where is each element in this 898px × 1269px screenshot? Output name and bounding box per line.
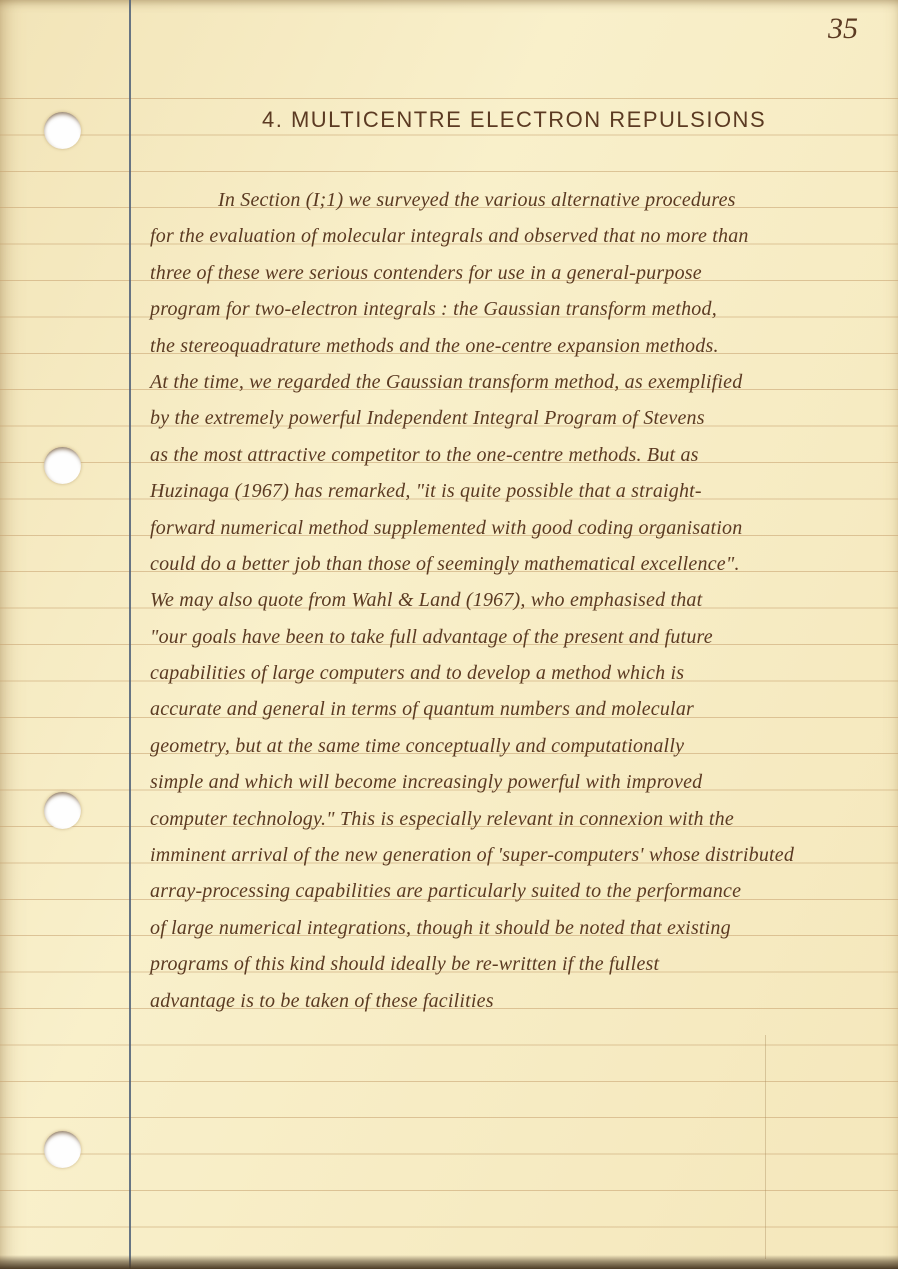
manuscript-line: for the evaluation of molecular integral…: [150, 218, 894, 254]
manuscript-line: simple and which will become increasingl…: [150, 764, 894, 800]
manuscript-line: Huzinaga (1967) has remarked, "it is qui…: [150, 473, 894, 509]
manuscript-line: could do a better job than those of seem…: [150, 546, 894, 582]
scan-edge-bottom: [0, 1255, 898, 1269]
manuscript-line: accurate and general in terms of quantum…: [150, 691, 894, 727]
manuscript-line: "our goals have been to take full advant…: [150, 619, 894, 655]
manuscript-line: three of these were serious contenders f…: [150, 255, 894, 291]
punch-hole: [44, 792, 81, 829]
manuscript-line: the stereoquadrature methods and the one…: [150, 328, 894, 364]
manuscript-line: advantage is to be taken of these facili…: [150, 983, 894, 1019]
manuscript-line: forward numerical method supplemented wi…: [150, 510, 894, 546]
manuscript-line: array-processing capabilities are partic…: [150, 873, 894, 909]
section-title: 4. MULTICENTRE ELECTRON REPULSIONS: [262, 107, 766, 133]
margin-line: [129, 0, 131, 1269]
punch-hole: [44, 112, 81, 149]
manuscript-line: We may also quote from Wahl & Land (1967…: [150, 582, 894, 618]
punch-hole: [44, 1131, 81, 1168]
manuscript-line: programs of this kind should ideally be …: [150, 946, 894, 982]
manuscript-line: In Section (I;1) we surveyed the various…: [150, 182, 894, 218]
manuscript-line: as the most attractive competitor to the…: [150, 437, 894, 473]
paper-crease: [765, 1035, 766, 1259]
manuscript-line: capabilities of large computers and to d…: [150, 655, 894, 691]
page-number: 35: [828, 12, 858, 46]
manuscript-line: At the time, we regarded the Gaussian tr…: [150, 364, 894, 400]
manuscript-line: of large numerical integrations, though …: [150, 910, 894, 946]
punch-hole: [44, 447, 81, 484]
manuscript-line: computer technology." This is especially…: [150, 801, 894, 837]
manuscript-line: geometry, but at the same time conceptua…: [150, 728, 894, 764]
manuscript-body: In Section (I;1) we surveyed the various…: [150, 182, 894, 1019]
manuscript-line: by the extremely powerful Independent In…: [150, 400, 894, 436]
notebook-page: 35 4. MULTICENTRE ELECTRON REPULSIONS In…: [0, 0, 898, 1269]
manuscript-line: imminent arrival of the new generation o…: [150, 837, 894, 873]
manuscript-line: program for two-electron integrals : the…: [150, 291, 894, 327]
